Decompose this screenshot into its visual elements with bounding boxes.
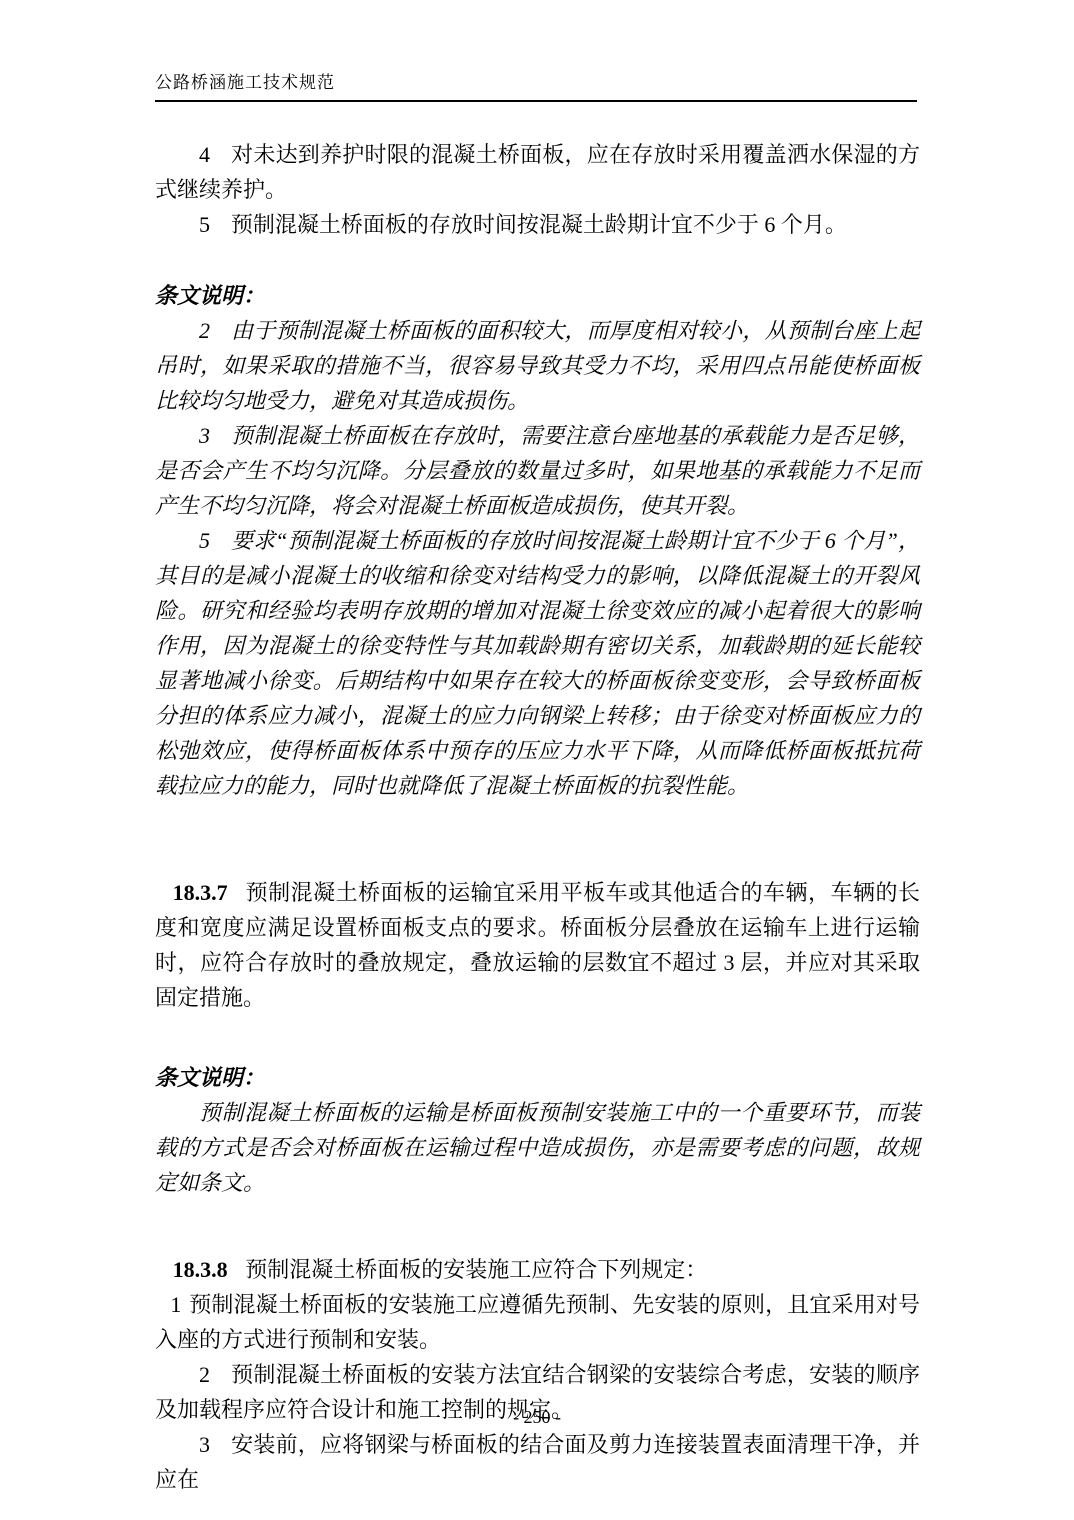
item-text: 预制混凝土桥面板在存放时，需要注意台座地基的承载能力是否足够，是否会产生不均匀沉… xyxy=(155,423,920,518)
document-title-header: 公路桥涵施工技术规范 xyxy=(155,73,917,102)
numbered-item-4: 4对未达到养护时限的混凝土桥面板，应在存放时采用覆盖洒水保湿的方式继续养护。 xyxy=(155,137,920,207)
clause-sub-item-1: 1预制混凝土桥面板的安装施工应遵循先预制、先安装的原则，且宜采用对号入座的方式进… xyxy=(155,1287,920,1357)
item-number: 5 xyxy=(199,528,210,553)
item-text: 安装前，应将钢梁与桥面板的结合面及剪力连接装置表面清理干净，并应在 xyxy=(155,1432,920,1492)
item-text: 要求“预制混凝土桥面板的存放时间按混凝土龄期计宜不少于 6 个月”，其目的是减小… xyxy=(155,528,920,798)
item-text: 由于预制混凝土桥面板的面积较大，而厚度相对较小，从预制台座上起吊时，如果采取的措… xyxy=(155,318,920,413)
clause-sub-item-3: 3安装前，应将钢梁与桥面板的结合面及剪力连接装置表面清理干净，并应在 xyxy=(155,1427,920,1497)
item-number: 2 xyxy=(199,1362,210,1387)
clause-number: 18.3.7 xyxy=(173,880,228,905)
item-number: 2 xyxy=(199,318,210,343)
clause-text: 预制混凝土桥面板的运输宜采用平板车或其他适合的车辆，车辆的长度和宽度应满足设置桥… xyxy=(155,880,920,1010)
explanation-item-3: 3预制混凝土桥面板在存放时，需要注意台座地基的承载能力是否足够，是否会产生不均匀… xyxy=(155,418,920,523)
explanation-section-2: 条文说明： 预制混凝土桥面板的运输是桥面板预制安装施工中的一个重要环节，而装载的… xyxy=(155,1060,920,1200)
clause-18-3-8: 18.3.8预制混凝土桥面板的安装施工应符合下列规定： xyxy=(155,1252,920,1287)
clause-18-3-8-section: 18.3.8预制混凝土桥面板的安装施工应符合下列规定： 1预制混凝土桥面板的安装… xyxy=(155,1252,920,1497)
item-number: 4 xyxy=(199,142,210,167)
clause-text: 预制混凝土桥面板的安装施工应符合下列规定： xyxy=(245,1257,707,1282)
explanation-section-1: 条文说明： 2由于预制混凝土桥面板的面积较大，而厚度相对较小，从预制台座上起吊时… xyxy=(155,278,920,803)
explanation-heading-1: 条文说明： xyxy=(155,278,920,313)
item-number: 3 xyxy=(199,1432,210,1457)
clause-18-3-7: 18.3.7预制混凝土桥面板的运输宜采用平板车或其他适合的车辆，车辆的长度和宽度… xyxy=(155,875,920,1015)
explanation-item-5: 5要求“预制混凝土桥面板的存放时间按混凝土龄期计宜不少于 6 个月”，其目的是减… xyxy=(155,523,920,803)
document-page: 公路桥涵施工技术规范 4对未达到养护时限的混凝土桥面板，应在存放时采用覆盖洒水保… xyxy=(0,0,1074,1520)
item-text: 预制混凝土桥面板的存放时间按混凝土龄期计宜不少于 6 个月。 xyxy=(231,212,847,237)
numbered-item-5: 5预制混凝土桥面板的存放时间按混凝土龄期计宜不少于 6 个月。 xyxy=(155,207,920,242)
explanation-paragraph: 预制混凝土桥面板的运输是桥面板预制安装施工中的一个重要环节，而装载的方式是否会对… xyxy=(155,1095,920,1200)
clause-number: 18.3.8 xyxy=(173,1257,228,1282)
document-body: 4对未达到养护时限的混凝土桥面板，应在存放时采用覆盖洒水保湿的方式继续养护。 5… xyxy=(155,137,920,1497)
item-number: 1 xyxy=(170,1292,181,1317)
explanation-item-2: 2由于预制混凝土桥面板的面积较大，而厚度相对较小，从预制台座上起吊时，如果采取的… xyxy=(155,313,920,418)
page-number: - 250 - xyxy=(0,1406,1074,1428)
item-number: 5 xyxy=(199,212,210,237)
item-number: 3 xyxy=(199,423,210,448)
item-text: 对未达到养护时限的混凝土桥面板，应在存放时采用覆盖洒水保湿的方式继续养护。 xyxy=(155,142,920,202)
item-text: 预制混凝土桥面板的安装施工应遵循先预制、先安装的原则，且宜采用对号入座的方式进行… xyxy=(155,1292,920,1352)
clause-18-3-7-section: 18.3.7预制混凝土桥面板的运输宜采用平板车或其他适合的车辆，车辆的长度和宽度… xyxy=(155,875,920,1015)
explanation-heading-2: 条文说明： xyxy=(155,1060,920,1095)
